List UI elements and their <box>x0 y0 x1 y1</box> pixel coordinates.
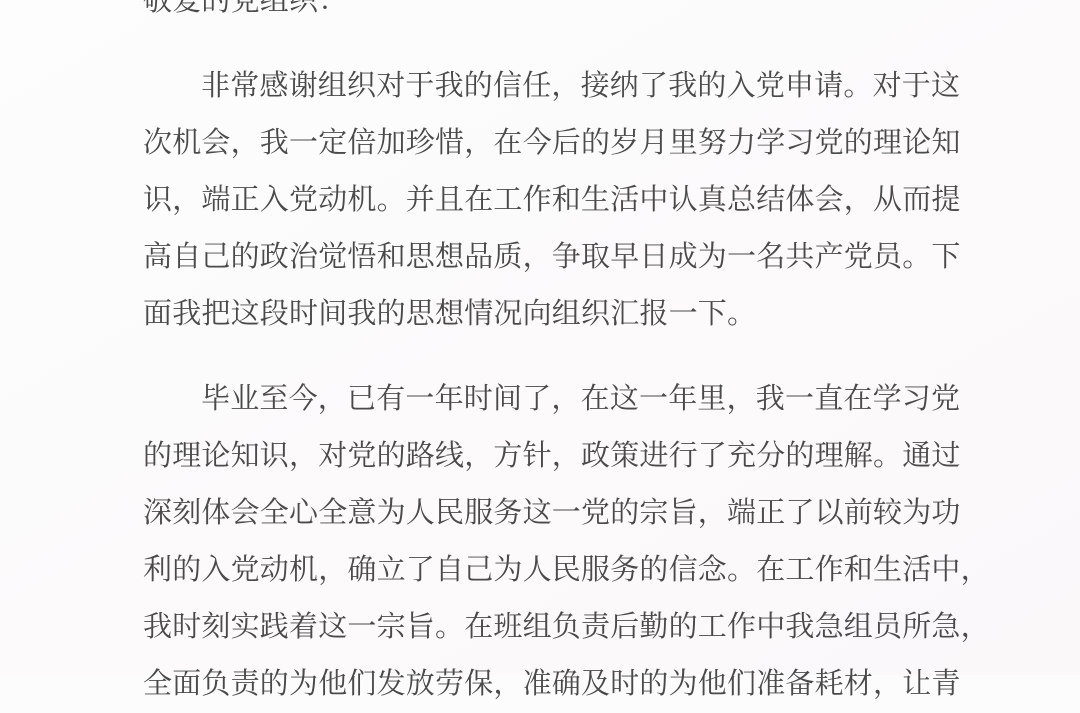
document-page: 敬爱的党组织： 非常感谢组织对于我的信任，接纳了我的入党申请。对于这 次机会，我… <box>0 0 1080 675</box>
document-content: 敬爱的党组织： 非常感谢组织对于我的信任，接纳了我的入党申请。对于这 次机会，我… <box>143 0 1043 675</box>
paragraph-2: 毕业至今，已有一年时间了，在这一年里，我一直在学习党 的理论知识，对党的路线，方… <box>143 371 1043 675</box>
salutation-line: 敬爱的党组织： <box>143 0 1043 30</box>
paragraph-1: 非常感谢组织对于我的信任，接纳了我的入党申请。对于这 次机会，我一定倍加珍惜，在… <box>143 58 1043 343</box>
